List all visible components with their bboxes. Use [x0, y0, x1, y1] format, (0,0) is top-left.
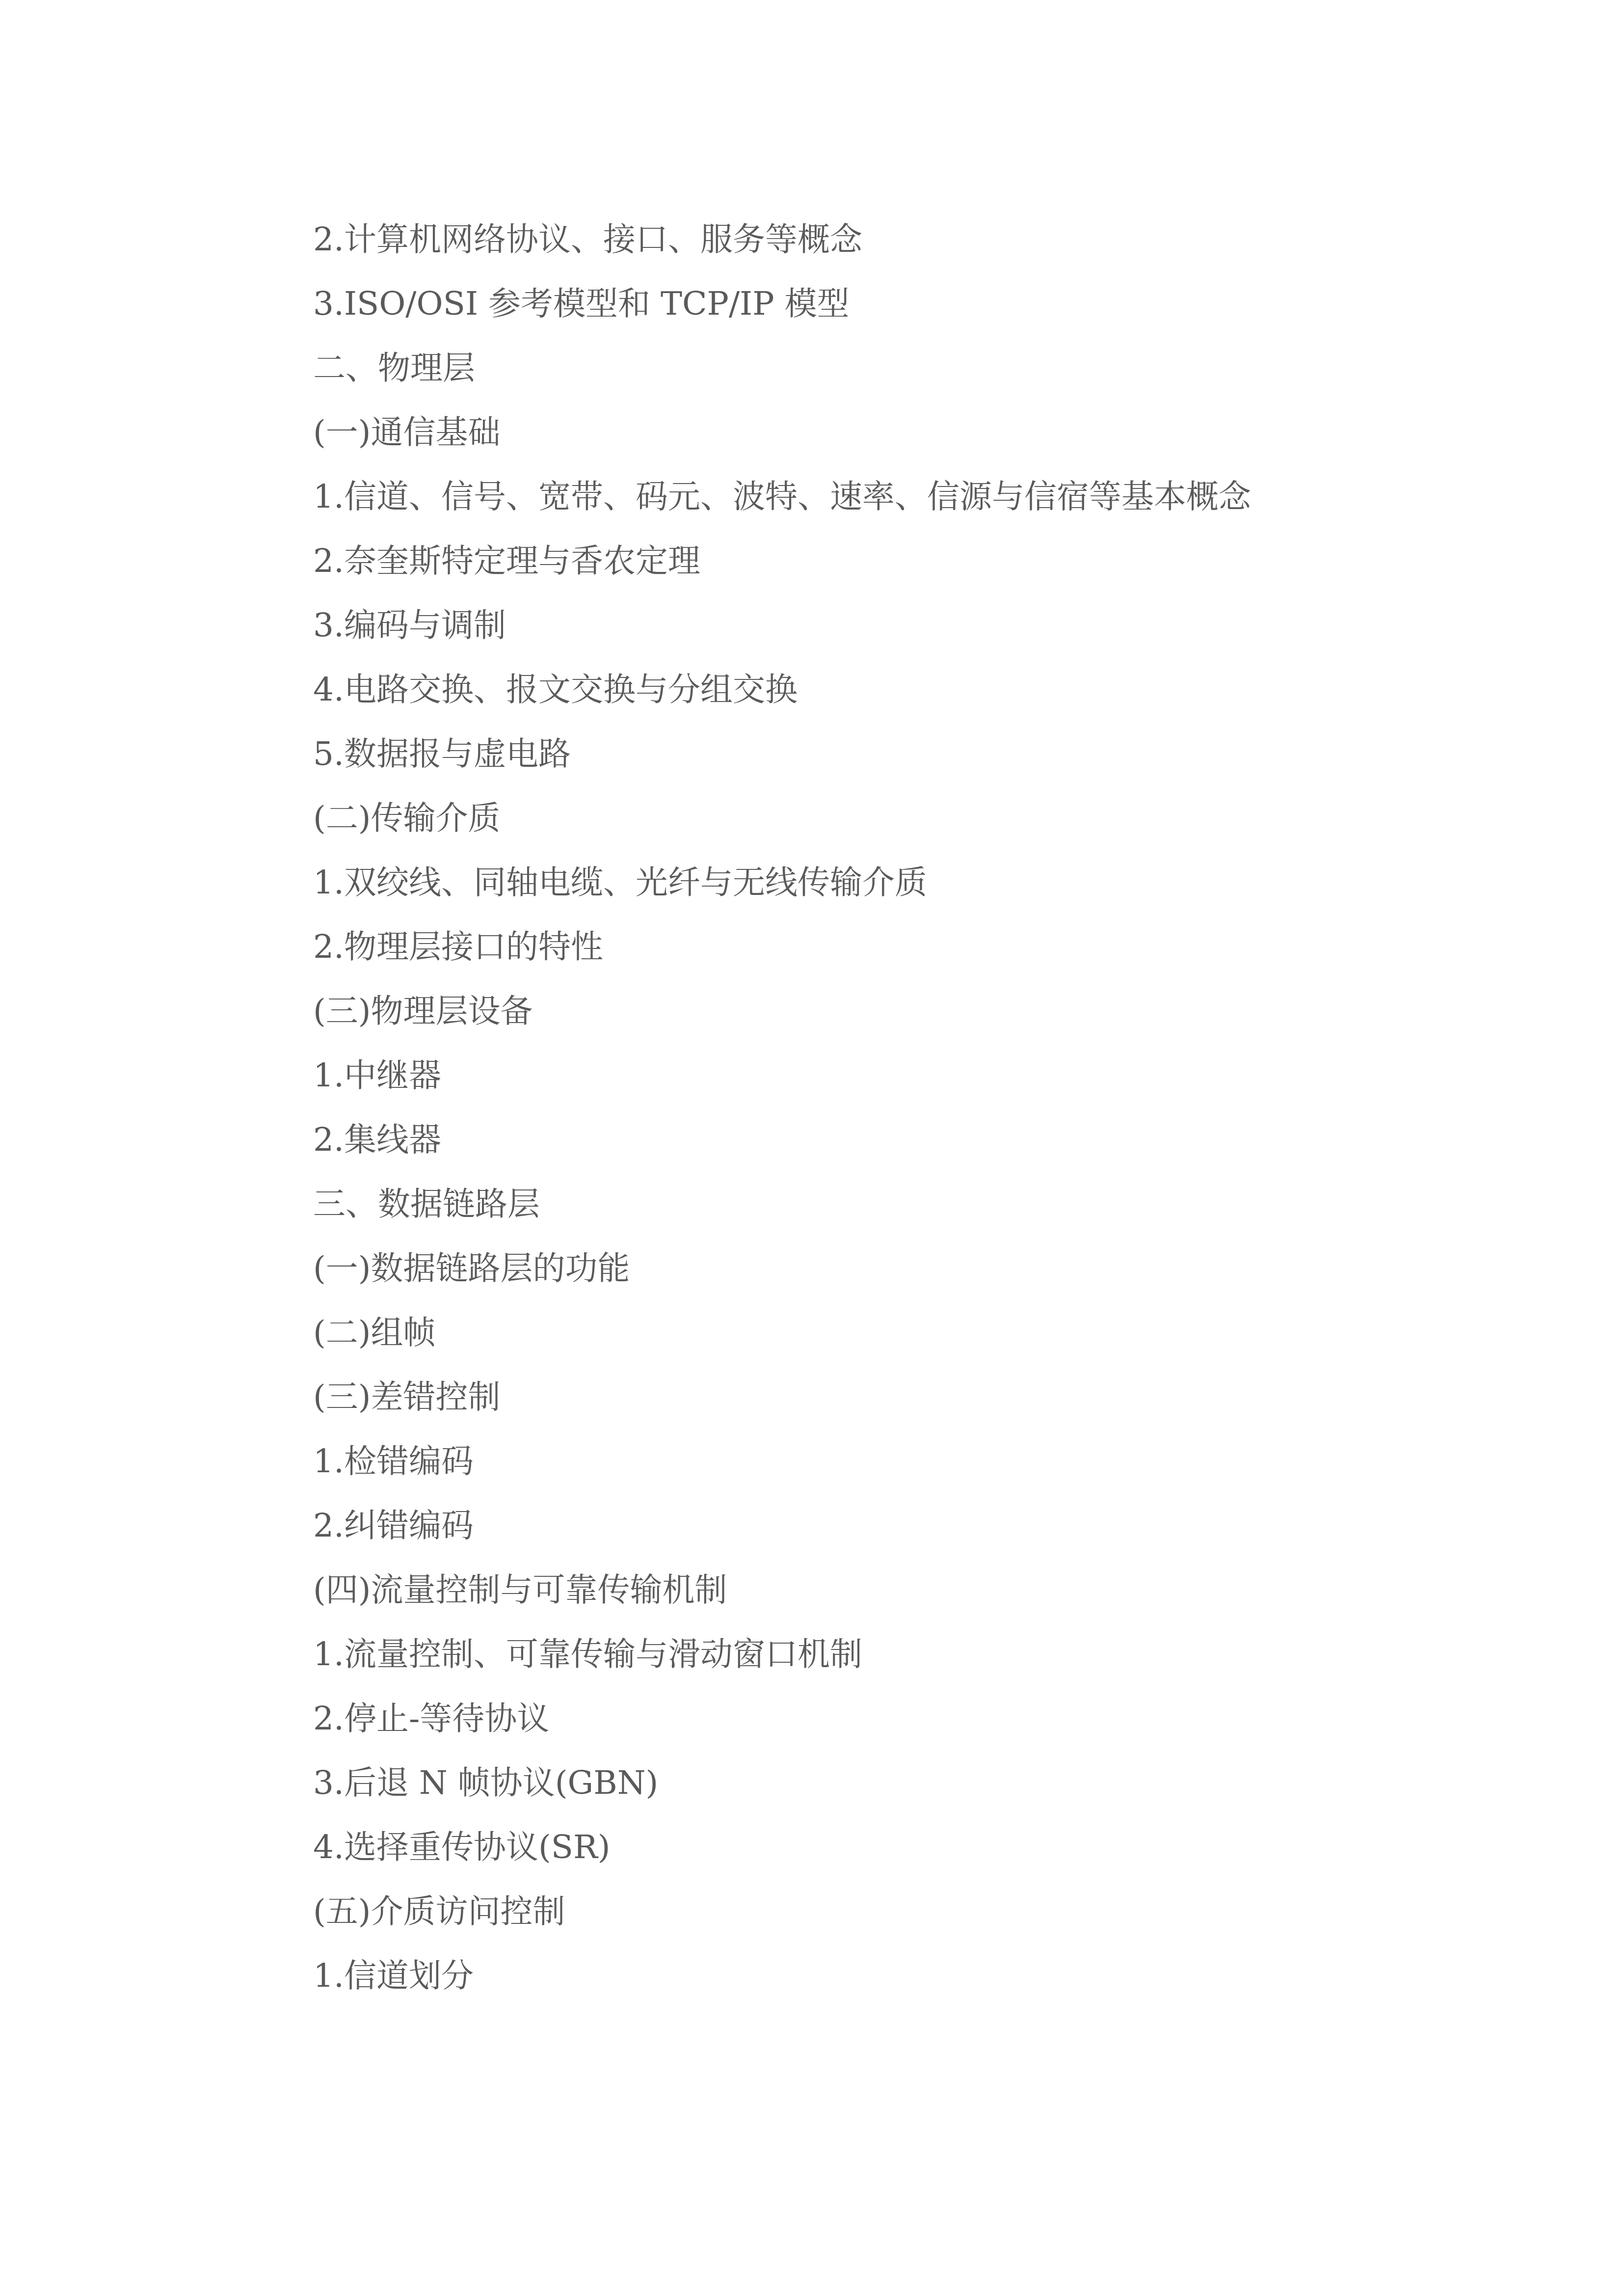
list-item: 1.检错编码: [313, 1429, 1344, 1493]
list-item: 2.集线器: [313, 1107, 1344, 1172]
list-item: 2.停止-等待协议: [313, 1686, 1344, 1751]
list-item: 1.中继器: [313, 1043, 1344, 1107]
list-item: 3.ISO/OSI 参考模型和 TCP/IP 模型: [313, 271, 1344, 336]
list-item: 2.计算机网络协议、接口、服务等概念: [313, 207, 1344, 271]
list-item: 5.数据报与虚电路: [313, 722, 1344, 786]
subsection-heading: (一)数据链路层的功能: [313, 1236, 1344, 1300]
list-item: 4.电路交换、报文交换与分组交换: [313, 657, 1344, 722]
subsection-heading: (四)流量控制与可靠传输机制: [313, 1558, 1344, 1622]
section-heading: 三、数据链路层: [313, 1172, 1344, 1236]
subsection-heading: (三)物理层设备: [313, 979, 1344, 1043]
list-item: 1.流量控制、可靠传输与滑动窗口机制: [313, 1622, 1344, 1686]
list-item: 2.奈奎斯特定理与香农定理: [313, 529, 1344, 593]
subsection-heading: (二)传输介质: [313, 786, 1344, 850]
subsection-heading: (五)介质访问控制: [313, 1879, 1344, 1944]
list-item: 1.信道、信号、宽带、码元、波特、速率、信源与信宿等基本概念: [313, 464, 1344, 529]
section-heading: 二、物理层: [313, 336, 1344, 400]
list-item: 2.物理层接口的特性: [313, 915, 1344, 979]
subsection-heading: (二)组帧: [313, 1300, 1344, 1365]
subsection-heading: (一)通信基础: [313, 400, 1344, 464]
list-item: 3.后退 N 帧协议(GBN): [313, 1751, 1344, 1815]
document-body: 2.计算机网络协议、接口、服务等概念 3.ISO/OSI 参考模型和 TCP/I…: [313, 207, 1344, 2008]
list-item: 2.纠错编码: [313, 1493, 1344, 1558]
list-item: 1.双绞线、同轴电缆、光纤与无线传输介质: [313, 850, 1344, 915]
list-item: 1.信道划分: [313, 1944, 1344, 2008]
document-page: 2.计算机网络协议、接口、服务等概念 3.ISO/OSI 参考模型和 TCP/I…: [0, 0, 1623, 2296]
list-item: 3.编码与调制: [313, 593, 1344, 657]
list-item: 4.选择重传协议(SR): [313, 1815, 1344, 1879]
subsection-heading: (三)差错控制: [313, 1365, 1344, 1429]
